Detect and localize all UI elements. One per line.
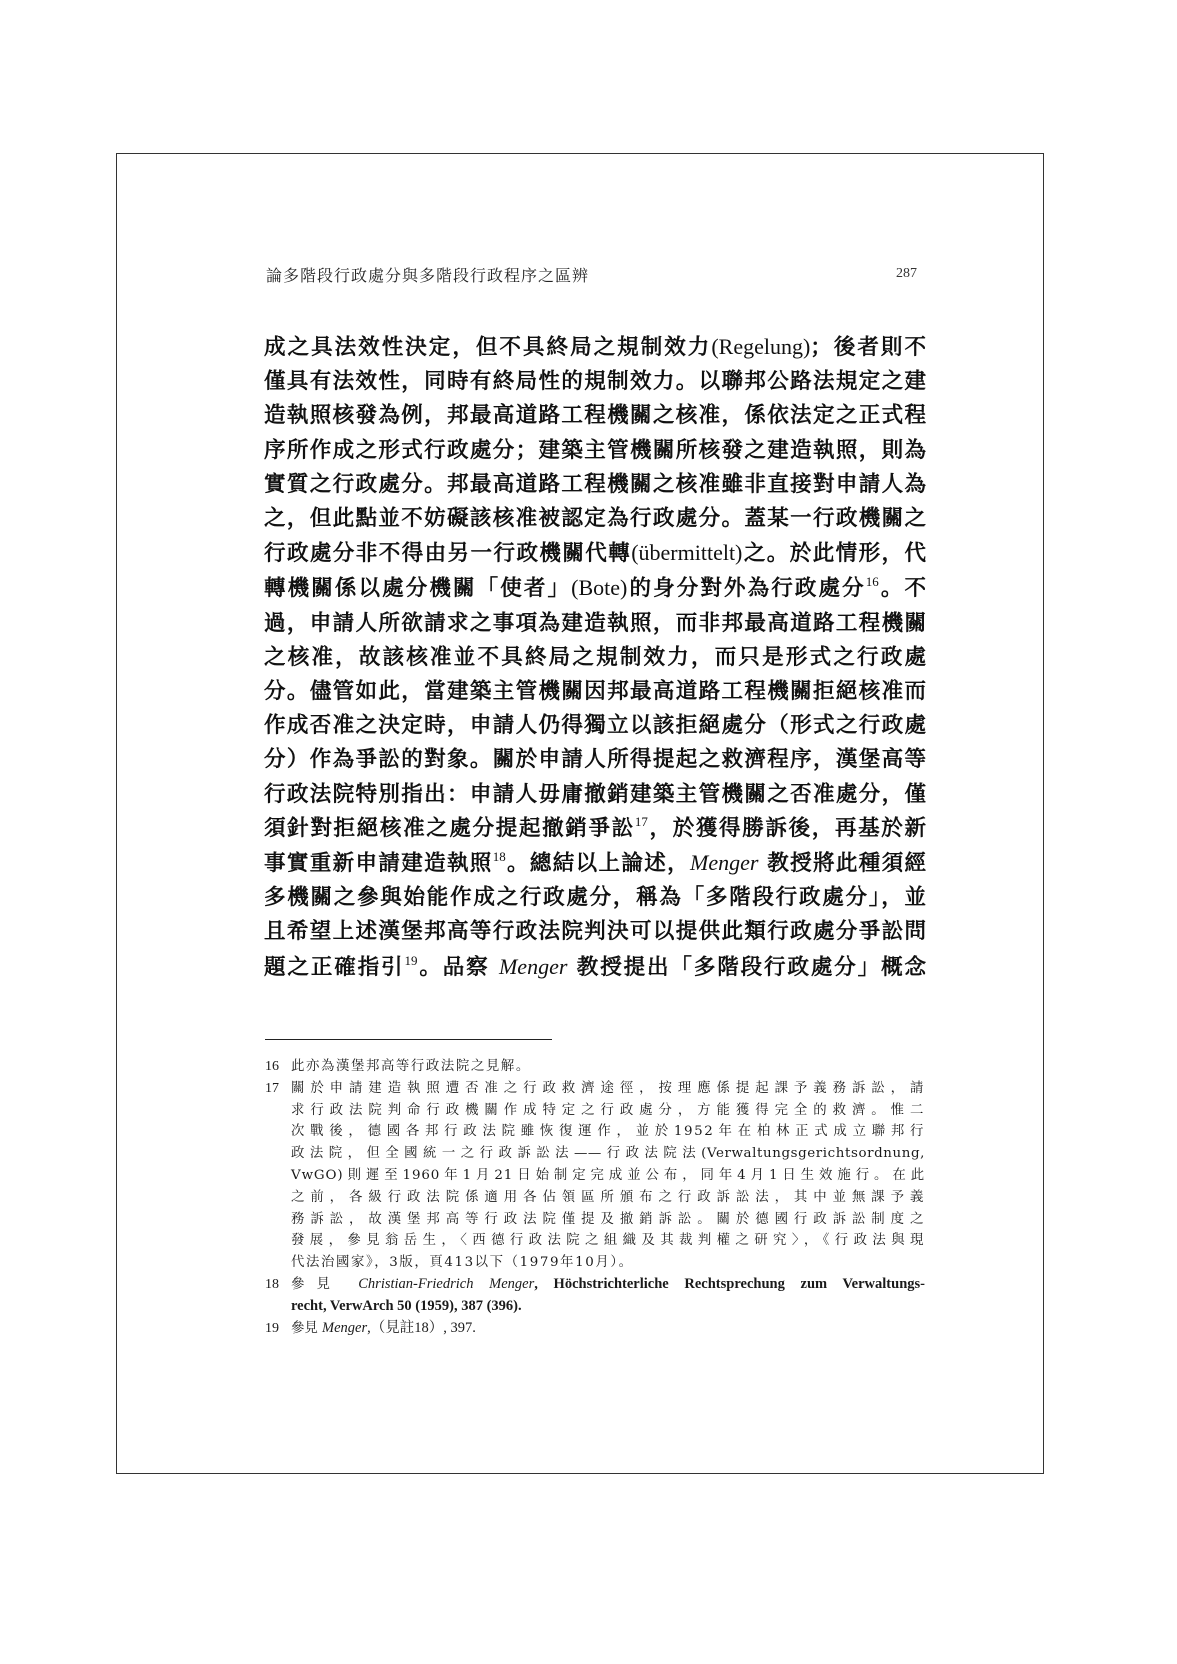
footnote-19: 19 參見 Menger,（見註18）, 397. (265, 1318, 925, 1340)
footnote-number: 17 (265, 1078, 279, 1100)
footnote-number: 18 (265, 1274, 279, 1296)
footnotes: 16 此亦為漢堡邦高等行政法院之見解。 17 關於申請建造執照遭否准之行政救濟途… (265, 1056, 925, 1339)
body-line: 分。儘管如此，當建築主管機關因邦最高道路工程機關拒絕核准而 (264, 675, 926, 709)
footnote-line: 次戰後，德國各邦行政法院雖恢復運作，並於1952年在柏林正式成立聯邦行 (291, 1121, 925, 1143)
footnote-number: 19 (265, 1318, 279, 1340)
body-line: 多機關之參與始能作成之行政處分，稱為「多階段行政處分」，並 (264, 881, 926, 915)
footnote-line: recht, VerwArch 50 (1959), 387 (396). (291, 1296, 925, 1318)
footnote-line: 參見 Menger,（見註18）, 397. (291, 1318, 925, 1340)
body-line: 作成否准之決定時，申請人仍得獨立以該拒絕處分（形式之行政處 (264, 709, 926, 743)
footnote-separator (265, 1039, 552, 1040)
footnote-ref-19[interactable]: 19 (404, 953, 417, 968)
page-number: 287 (896, 266, 917, 282)
body-line: 分）作為爭訟的對象。關於申請人所得提起之救濟程序，漢堡高等 (264, 743, 926, 777)
footnote-line: 此亦為漢堡邦高等行政法院之見解。 (291, 1056, 925, 1078)
footnote-17: 17 關於申請建造執照遭否准之行政救濟途徑，按理應係提起課予義務訴訟，請 求行政… (265, 1078, 925, 1274)
body-line: 轉機關係以處分機關「使者」(Bote)的身分對外為行政處分16。不 (264, 571, 926, 606)
footnote-line: 之前，各級行政法院係適用各佔領區所頒布之行政訴訟法，其中並無課予義 (291, 1187, 925, 1209)
body-line: 序所作成之形式行政處分；建築主管機關所核發之建造執照，則為 (264, 434, 926, 468)
body-line: 事實重新申請建造執照18。總結以上論述，Menger 教授將此種須經 (264, 846, 926, 881)
body-line: 行政法院特別指出：申請人毋庸撤銷建築主管機關之否准處分，僅 (264, 778, 926, 812)
body-line: 成之具法效性決定，但不具終局之規制效力(Regelung)；後者則不 (264, 330, 926, 365)
footnote-number: 16 (265, 1056, 279, 1078)
body-line: 過，申請人所欲請求之事項為建造執照，而非邦最高道路工程機關 (264, 607, 926, 641)
footnote-line: 政法院，但全國統一之行政訴訟法——行政法院法(Verwaltungsgerich… (291, 1143, 925, 1165)
body-line: 之核准，故該核准並不具終局之規制效力，而只是形式之行政處 (264, 641, 926, 675)
footnote-ref-17[interactable]: 17 (635, 814, 648, 829)
footnote-line: 務訴訟，故漢堡邦高等行政法院僅提及撤銷訴訟。關於德國行政訴訟制度之 (291, 1209, 925, 1231)
body-line: 題之正確指引19。品察 Menger 教授提出「多階段行政處分」概念 (264, 950, 926, 985)
body-line: 須針對拒絕核准之處分提起撤銷爭訟17，於獲得勝訴後，再基於新 (264, 812, 926, 846)
footnote-line: VwGO)則遲至1960年1月21日始制定完成並公布，同年4月1日生效施行。在此 (291, 1165, 925, 1187)
footnote-18: 18 參見 Christian-Friedrich Menger, Höchst… (265, 1274, 925, 1318)
body-line: 且希望上述漢堡邦高等行政法院判決可以提供此類行政處分爭訟問 (264, 915, 926, 949)
footnote-16: 16 此亦為漢堡邦高等行政法院之見解。 (265, 1056, 925, 1078)
body-line: 造執照核發為例，邦最高道路工程機關之核准，係依法定之正式程 (264, 399, 926, 433)
body-line: 行政處分非不得由另一行政機關代轉(übermittelt)之。於此情形，代 (264, 536, 926, 571)
body-line: 之，但此點並不妨礙該核准被認定為行政處分。蓋某一行政機關之 (264, 502, 926, 536)
footnote-line: 關於申請建造執照遭否准之行政救濟途徑，按理應係提起課予義務訴訟，請 (291, 1078, 925, 1100)
footnote-line: 求行政法院判命行政機關作成特定之行政處分，方能獲得完全的救濟。惟二 (291, 1100, 925, 1122)
body-line: 僅具有法效性，同時有終局性的規制效力。以聯邦公路法規定之建 (264, 365, 926, 399)
body-paragraph: 成之具法效性決定，但不具終局之規制效力(Regelung)；後者則不 僅具有法效… (264, 330, 926, 985)
running-head: 論多階段行政處分與多階段行政程序之區辨 (266, 263, 589, 286)
footnote-ref-16[interactable]: 16 (866, 574, 879, 589)
footnote-ref-18[interactable]: 18 (493, 849, 506, 864)
body-line: 實質之行政處分。邦最高道路工程機關之核准雖非直接對申請人為 (264, 468, 926, 502)
footnote-line: 代法治國家》，3版，頁413以下（1979年10月）。 (291, 1252, 925, 1274)
footnote-line: 參見 Christian-Friedrich Menger, Höchstric… (291, 1274, 925, 1296)
footnote-line: 發展，參見翁岳生，〈西德行政法院之組織及其裁判權之研究〉，《行政法與現 (291, 1230, 925, 1252)
